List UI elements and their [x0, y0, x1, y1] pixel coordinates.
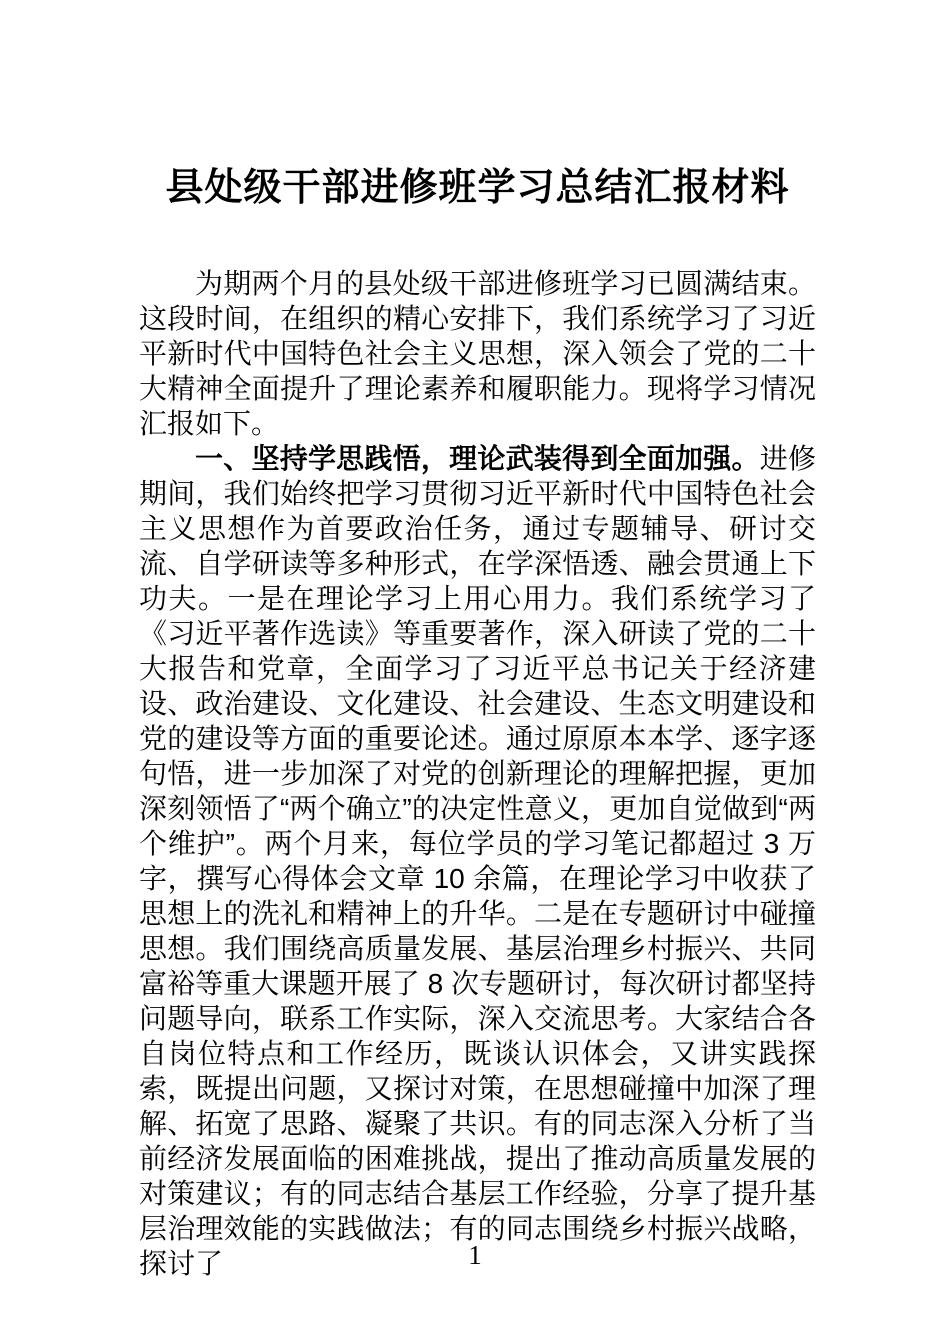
page-number: 1 — [0, 1238, 950, 1272]
section-1-heading: 一、坚持学思践悟，理论武装得到全面加强。 — [195, 443, 760, 474]
document-title: 县处级干部进修班学习总结汇报材料 — [139, 163, 816, 213]
paragraph-section-1: 一、坚持学思践悟，理论武装得到全面加强。进修期间，我们始终把学习贯彻习近平新时代… — [139, 441, 816, 1281]
document-body: 为期两个月的县处级干部进修班学习已圆满结束。这段时间，在组织的精心安排下，我们系… — [139, 266, 816, 1281]
document-page: 县处级干部进修班学习总结汇报材料 为期两个月的县处级干部进修班学习已圆满结束。这… — [0, 0, 950, 1344]
paragraph-intro: 为期两个月的县处级干部进修班学习已圆满结束。这段时间，在组织的精心安排下，我们系… — [139, 266, 816, 441]
document-content: 县处级干部进修班学习总结汇报材料 为期两个月的县处级干部进修班学习已圆满结束。这… — [139, 163, 816, 1281]
section-1-text: 进修期间，我们始终把学习贯彻习近平新时代中国特色社会主义思想作为首要政治任务，通… — [139, 443, 816, 1279]
